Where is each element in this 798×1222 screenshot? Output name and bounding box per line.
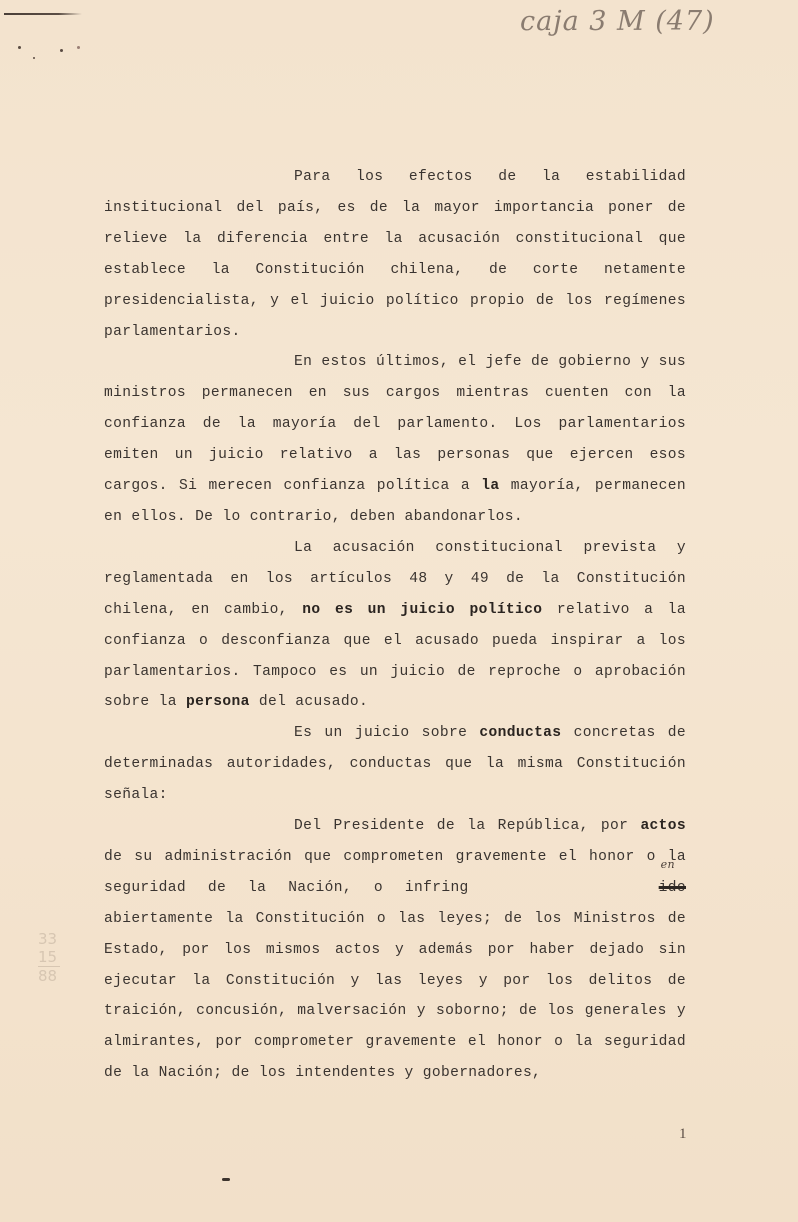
text-run: Para los efectos de la estabilidad insti… — [104, 169, 686, 340]
ink-speck — [77, 46, 80, 49]
paragraph: Del Presidente de la República, por acto… — [104, 811, 686, 1089]
margin-number: 15 — [38, 948, 60, 966]
bold-emphasis: persona — [186, 694, 250, 710]
text-run: abiertamente la Constitución o las leyes… — [104, 911, 686, 1082]
margin-calculation-note: 33 15 88 — [32, 930, 60, 985]
text-run: En estos últimos, el jefe de gobierno y … — [104, 354, 686, 494]
top-rule-mark — [4, 13, 82, 15]
archive-handwritten-note: caja 3 M (47) — [520, 6, 715, 37]
struck-text: ido — [659, 880, 686, 896]
ink-speck — [60, 49, 63, 52]
ink-speck — [18, 46, 21, 49]
bold-emphasis: no es un juicio político — [302, 602, 542, 618]
text-run: Es un juicio sobre — [294, 725, 479, 741]
document-body: Para los efectos de la estabilidad insti… — [104, 162, 686, 1089]
paragraph: Es un juicio sobre conductas concretas d… — [104, 718, 686, 811]
document-page: caja 3 M (47) 33 15 88 Para los efectos … — [0, 0, 798, 1222]
paragraph: La acusación constitucional prevista y r… — [104, 533, 686, 718]
bold-emphasis: la — [481, 478, 499, 494]
ink-speck — [33, 57, 35, 59]
handwritten-correction: idoen — [469, 873, 686, 904]
paragraph: Para los efectos de la estabilidad insti… — [104, 162, 686, 347]
text-run: del acusado. — [250, 694, 368, 710]
paragraph: En estos últimos, el jefe de gobierno y … — [104, 347, 686, 532]
margin-number: 88 — [38, 966, 60, 985]
text-run: Del Presidente de la República, por — [294, 818, 640, 834]
inserted-text: en — [471, 859, 675, 870]
bold-emphasis: conductas — [479, 725, 561, 741]
page-number: 1 — [679, 1126, 687, 1143]
bold-emphasis: actos — [640, 818, 686, 834]
ink-speck — [222, 1178, 230, 1181]
margin-number: 33 — [38, 930, 60, 948]
